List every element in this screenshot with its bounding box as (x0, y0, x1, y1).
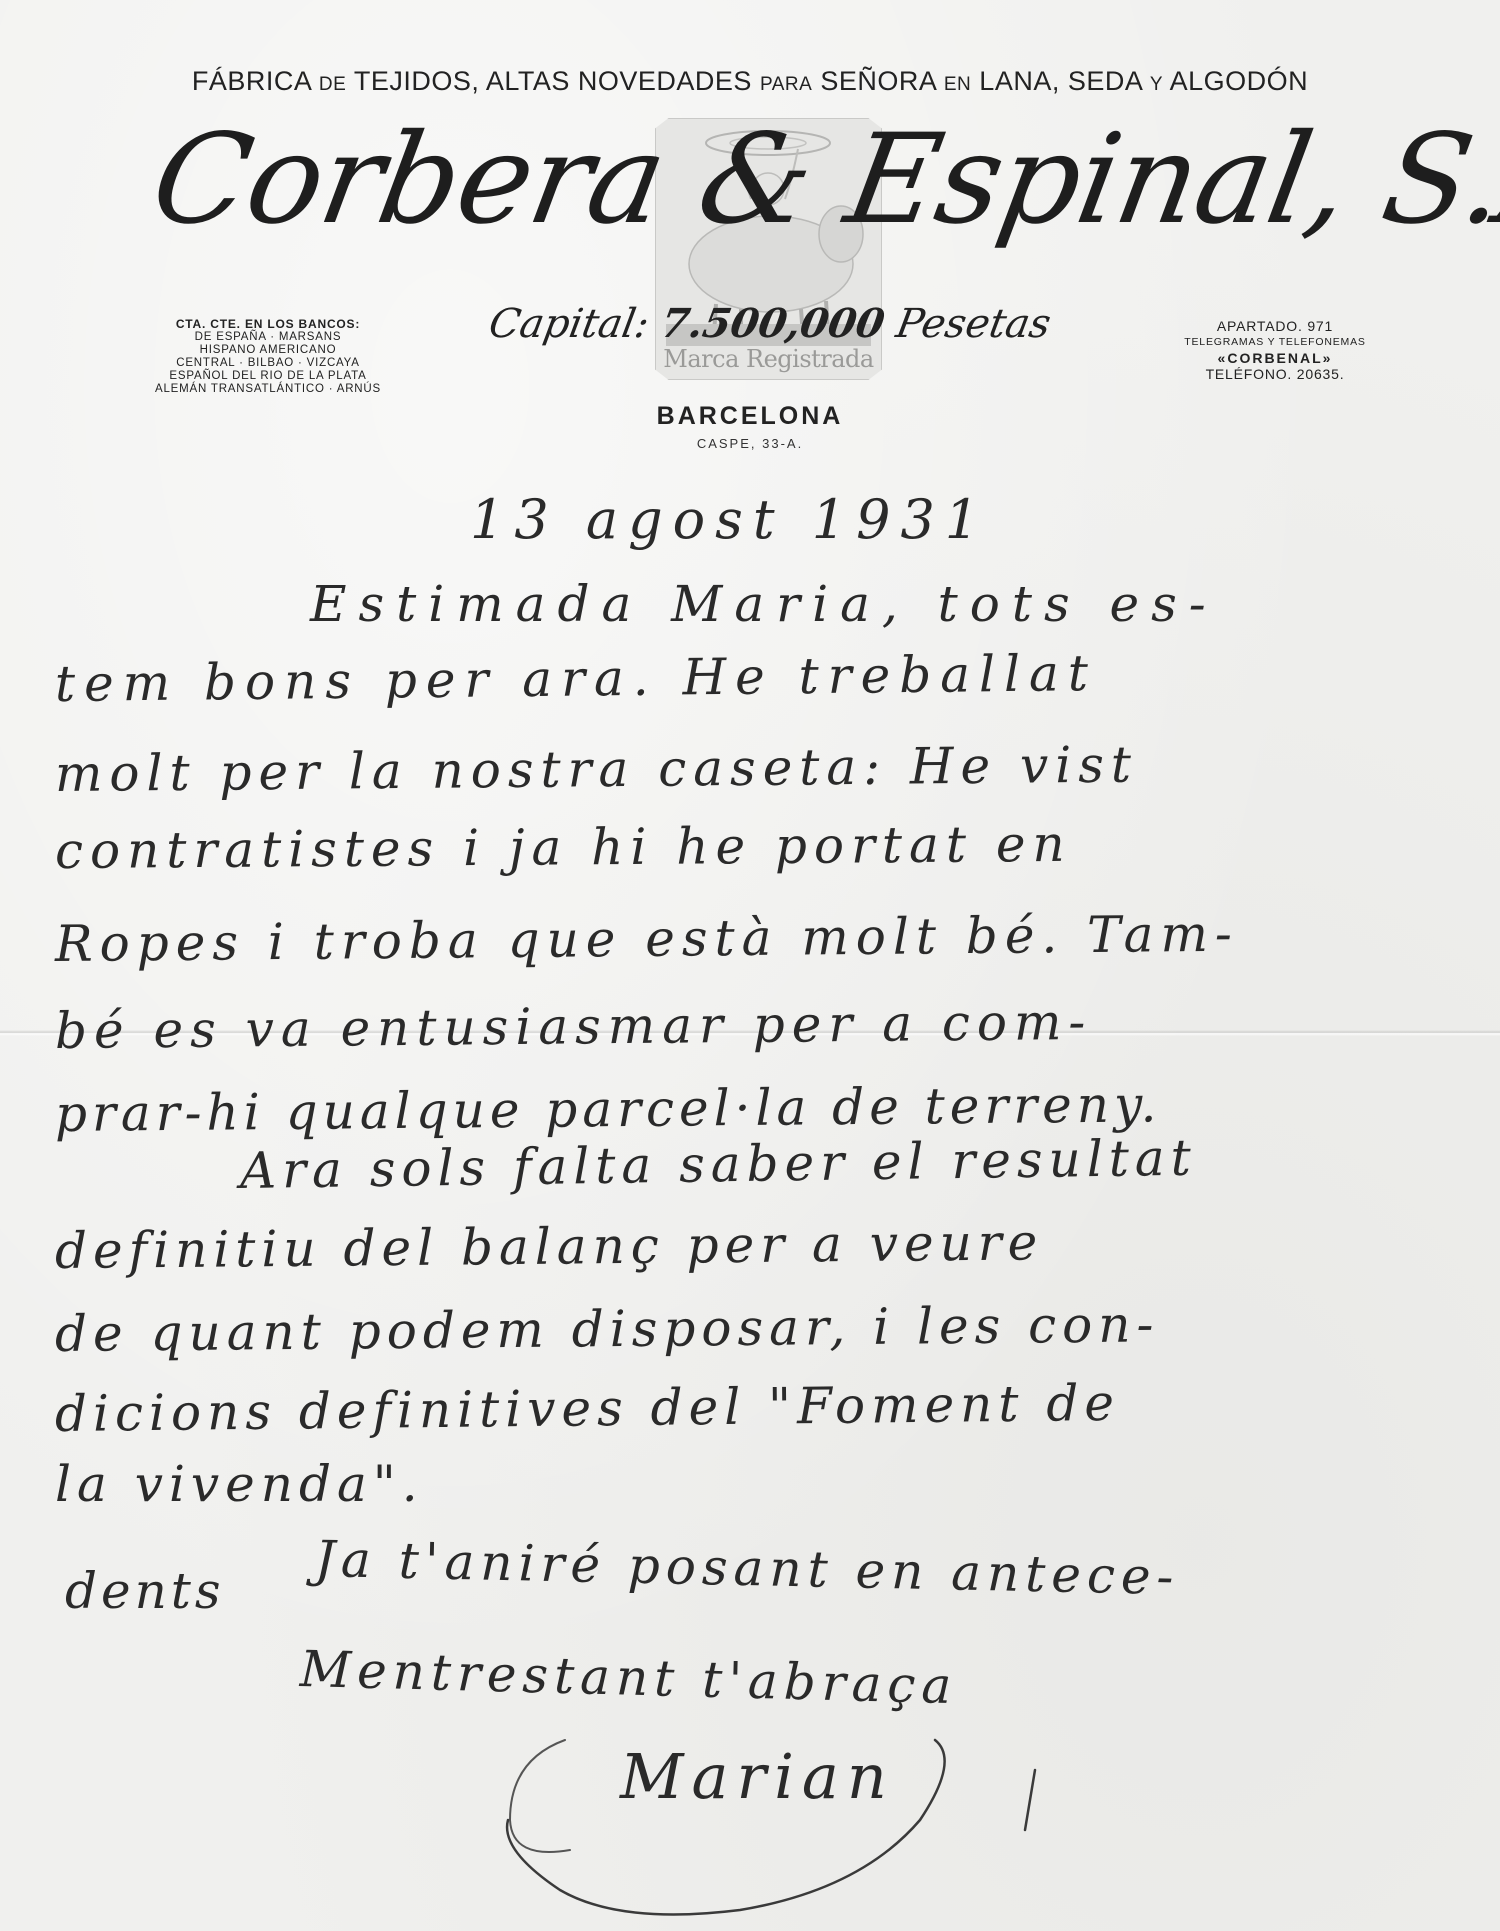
signature-block: Marian (490, 1700, 1050, 1930)
capital-currency: Pesetas (893, 301, 1055, 347)
capital-label: Capital: (486, 301, 653, 347)
phone-number: TELÉFONO. 20635. (1140, 366, 1410, 382)
signature-flourish-icon (490, 1700, 1050, 1930)
bank-accounts-block: CTA. CTE. EN LOS BANCOS: DE ESPAÑA · MAR… (138, 318, 398, 396)
company-name: Corbera & Espinal, S.A. (144, 118, 1366, 242)
tagline-text: Y (1150, 74, 1163, 95)
letter-line: molt per la nostra caseta: He vist (55, 736, 1138, 803)
letter-line: Ropes i troba que està molt bé. Tam- (55, 905, 1239, 973)
tagline-text: PARA (760, 74, 812, 95)
bank-line: CENTRAL · BILBAO · VIZCAYA (138, 357, 398, 370)
bank-line: ALEMÁN TRANSATLÁNTICO · ARNÚS (138, 383, 398, 396)
city-name: BARCELONA (0, 402, 1500, 431)
cable-address: «CORBENAL» (1140, 350, 1410, 366)
tagline-text: TEJIDOS, ALTAS NOVEDADES (354, 66, 752, 96)
capital-amount: 7.500,000 (657, 300, 888, 347)
letter-line: definitiu del balanç per a veure (55, 1213, 1044, 1280)
banks-heading: CTA. CTE. EN LOS BANCOS: (138, 318, 398, 331)
letter-line: Estimada Maria, tots es- (310, 575, 1218, 633)
signature: Marian (620, 1740, 895, 1813)
tagline-text: FÁBRICA (192, 66, 311, 96)
letter-line: tem bons per ara. He treballat (55, 644, 1097, 713)
bank-line: HISPANO AMERICANO (138, 344, 398, 357)
letter-line: dicions definitives del "Foment de (55, 1374, 1120, 1443)
letter-line: la vivenda". (55, 1455, 424, 1513)
letter-line: contratistes i ja hi he portat en (55, 815, 1072, 880)
tagline-text: LANA, SEDA (979, 66, 1142, 96)
tagline-text: SEÑORA (820, 66, 936, 96)
street-address: CASPE, 33-A. (0, 436, 1500, 451)
tagline-text: EN (944, 74, 971, 95)
bank-line: DE ESPAÑA · MARSANS (138, 331, 398, 344)
letter-line: dents (65, 1562, 225, 1620)
tagline-text: DE (319, 74, 346, 95)
capital-line: Capital: 7.500,000 Pesetas (466, 300, 1074, 347)
tagline-text: ALGODÓN (1170, 66, 1309, 96)
letterhead-tagline: FÁBRICA DE TEJIDOS, ALTAS NOVEDADES PARA… (0, 66, 1500, 97)
letter-date: 13 agost 1931 (470, 488, 989, 551)
telegrams-label: TELEGRAMAS Y TELEFONEMAS (1140, 334, 1410, 350)
letter-line: de quant podem disposar, i les con- (55, 1295, 1160, 1363)
po-box: APARTADO. 971 (1140, 318, 1410, 334)
letter-line: bé es va entusiasmar per a com- (55, 993, 1093, 1060)
emblem-caption: Marca Registrada (656, 345, 881, 373)
contact-block: APARTADO. 971 TELEGRAMAS Y TELEFONEMAS «… (1140, 318, 1410, 382)
bank-line: ESPAÑOL DEL RIO DE LA PLATA (138, 370, 398, 383)
